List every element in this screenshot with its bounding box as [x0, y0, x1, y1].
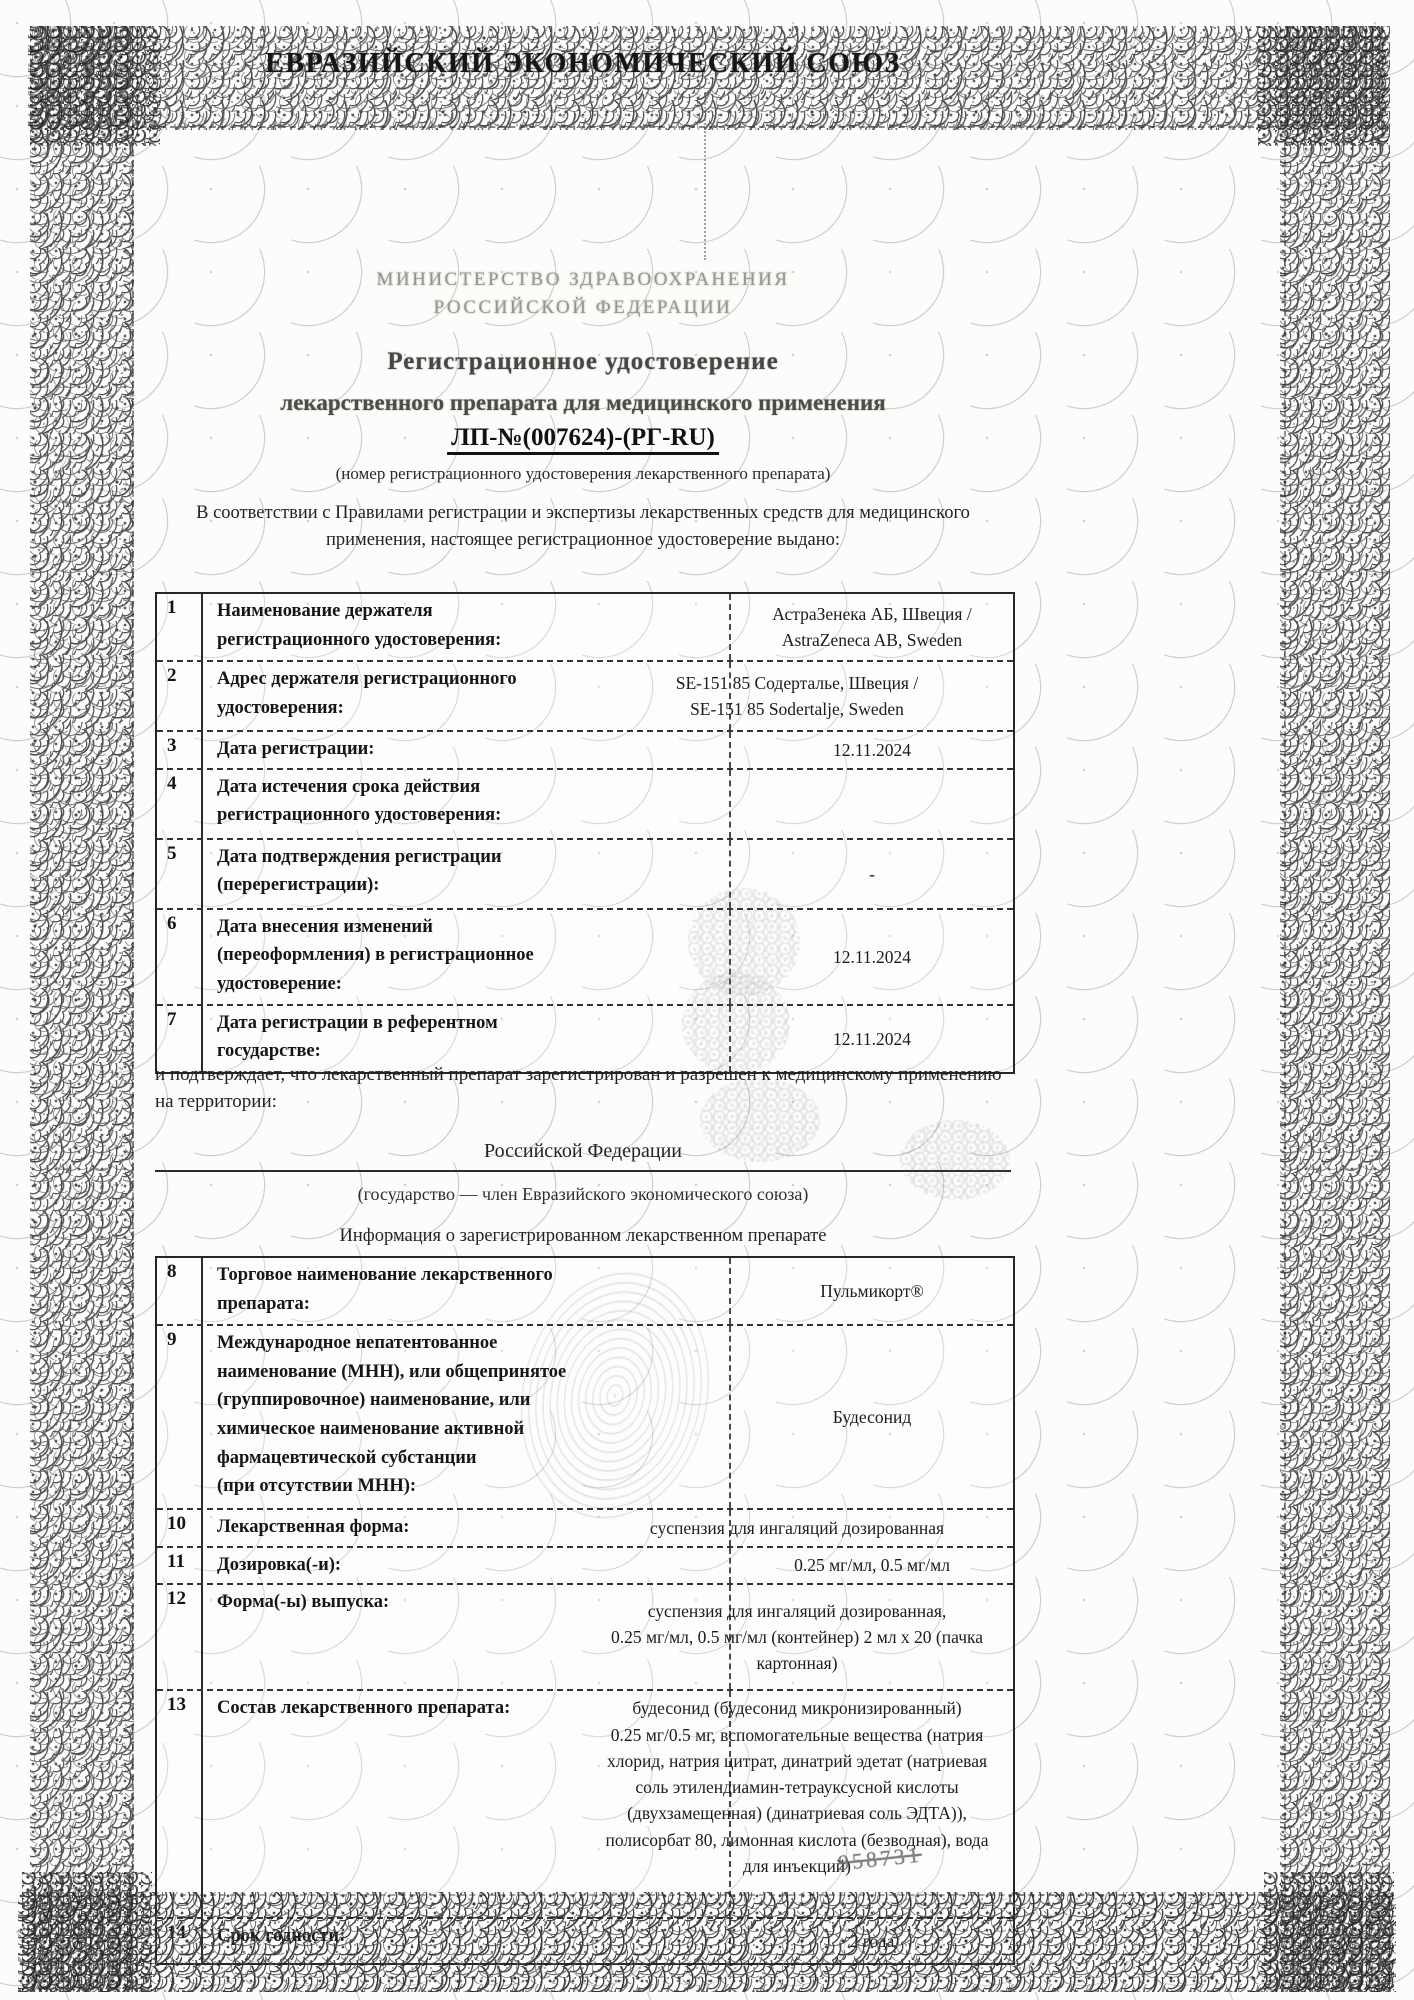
row-value: -	[731, 840, 1013, 908]
scanned-certificate-page: { "colors": { "ink": "#1e1e1e", "faded_i…	[0, 0, 1414, 2000]
table-row: 6 Дата внесения изменений (переоформлени…	[157, 908, 1013, 1004]
frame-dashed-line	[1284, 120, 1286, 1900]
row-number: 6	[157, 910, 203, 1004]
confirmation-paragraph: и подтверждает, что лекарственный препар…	[155, 1062, 1011, 1115]
table-row: 4 Дата истечения срока действия регистра…	[157, 768, 1013, 838]
row-number: 9	[157, 1326, 203, 1508]
row-label: Срок годности:	[203, 1919, 731, 1963]
frame-dashed-line	[140, 126, 1274, 128]
row-number: 10	[157, 1510, 203, 1546]
table-row: 10 Лекарственная форма: суспензия для ин…	[157, 1508, 1013, 1546]
row-number: 4	[157, 770, 203, 838]
row-label: Дата регистрации:	[203, 732, 731, 768]
registration-number-caption: (номер регистрационного удостоверения ле…	[155, 464, 1011, 484]
row-value: Пульмикорт®	[731, 1258, 1013, 1324]
row-number: 11	[157, 1548, 203, 1584]
fold-mark	[704, 92, 706, 260]
frame-dashed-line	[132, 120, 134, 1900]
border-corner-ornament	[22, 1872, 152, 1992]
row-label: Торговое наименование лекарственного пре…	[203, 1258, 731, 1324]
row-value: суспензия для ингаляций дозированная, 0.…	[731, 1585, 1013, 1689]
row-number: 3	[157, 732, 203, 768]
territory-underline	[155, 1170, 1011, 1172]
ministry-name: МИНИСТЕРСТВО ЗДРАВООХРАНЕНИЯ РОССИЙСКОЙ …	[155, 266, 1011, 321]
guilloche-border-right	[1280, 26, 1390, 1990]
row-label: Дата внесения изменений (переоформления)…	[203, 910, 731, 1004]
document-title-line2: лекарственного препарата для медицинског…	[155, 390, 1011, 416]
border-corner-ornament	[1264, 1872, 1394, 1992]
table-row: 13 Состав лекарственного препарата: буде…	[157, 1689, 1013, 1917]
territory-caption: (государство — член Евразийского экономи…	[155, 1184, 1011, 1205]
row-label: Дозировка(-и):	[203, 1548, 731, 1584]
guilloche-border-left	[30, 26, 134, 1990]
border-corner-ornament	[30, 26, 160, 146]
row-value: суспензия для ингаляций дозированная	[731, 1510, 1013, 1546]
row-value: Будесонид	[731, 1326, 1013, 1508]
table-row: 11 Дозировка(-и): 0.25 мг/мл, 0.5 мг/мл	[157, 1546, 1013, 1584]
row-label: Международное непатентованное наименован…	[203, 1326, 731, 1508]
row-value: 2 года	[731, 1919, 1013, 1963]
table-row: 12 Форма(-ы) выпуска: суспензия для инга…	[157, 1583, 1013, 1689]
registration-details-table: 1 Наименование держателя регистрационног…	[155, 592, 1015, 1074]
union-header: ЕВРАЗИЙСКИЙ ЭКОНОМИЧЕСКИЙ СОЮЗ	[155, 48, 1011, 80]
row-value: будесонид (будесонид микронизированный) …	[731, 1691, 1013, 1917]
table-row: 9 Международное непатентованное наименов…	[157, 1324, 1013, 1508]
row-value: 0.25 мг/мл, 0.5 мг/мл	[731, 1548, 1013, 1584]
row-number: 5	[157, 840, 203, 908]
table-row: 5 Дата подтверждения регистрации (перере…	[157, 838, 1013, 908]
row-number: 12	[157, 1585, 203, 1689]
row-value	[731, 770, 1013, 838]
row-number: 2	[157, 662, 203, 730]
row-label: Наименование держателя регистрационного …	[203, 594, 731, 660]
row-number: 13	[157, 1691, 203, 1917]
info-section-heading: Информация о зарегистрированном лекарств…	[155, 1226, 1011, 1247]
intro-paragraph: В соответствии с Правилами регистрации и…	[155, 500, 1011, 554]
table-row: 2 Адрес держателя регистрационного удост…	[157, 660, 1013, 730]
table-row: 3 Дата регистрации: 12.11.2024	[157, 730, 1013, 768]
row-label: Дата истечения срока действия регистраци…	[203, 770, 731, 838]
table-row: 1 Наименование держателя регистрационног…	[157, 594, 1013, 660]
row-number: 1	[157, 594, 203, 660]
registration-number: ЛП-№(007624)-(РГ-RU)	[155, 424, 1011, 452]
row-value: SE-151 85 Содерталье, Швеция / SE-151 85…	[731, 662, 1013, 730]
border-corner-ornament	[1258, 26, 1388, 146]
row-number: 14	[157, 1919, 203, 1963]
table-row: 14 Срок годности: 2 года	[157, 1917, 1013, 1963]
row-label: Дата подтверждения регистрации (перереги…	[203, 840, 731, 908]
row-value: 12.11.2024	[731, 910, 1013, 1004]
document-title-line1: Регистрационное удостоверение	[155, 348, 1011, 376]
territory-name: Российской Федерации	[155, 1140, 1011, 1163]
table-row: 8 Торговое наименование лекарственного п…	[157, 1258, 1013, 1324]
row-value: АстраЗенека АБ, Швеция / AstraZeneca AB,…	[731, 594, 1013, 660]
row-number: 8	[157, 1258, 203, 1324]
row-value: 12.11.2024	[731, 732, 1013, 768]
